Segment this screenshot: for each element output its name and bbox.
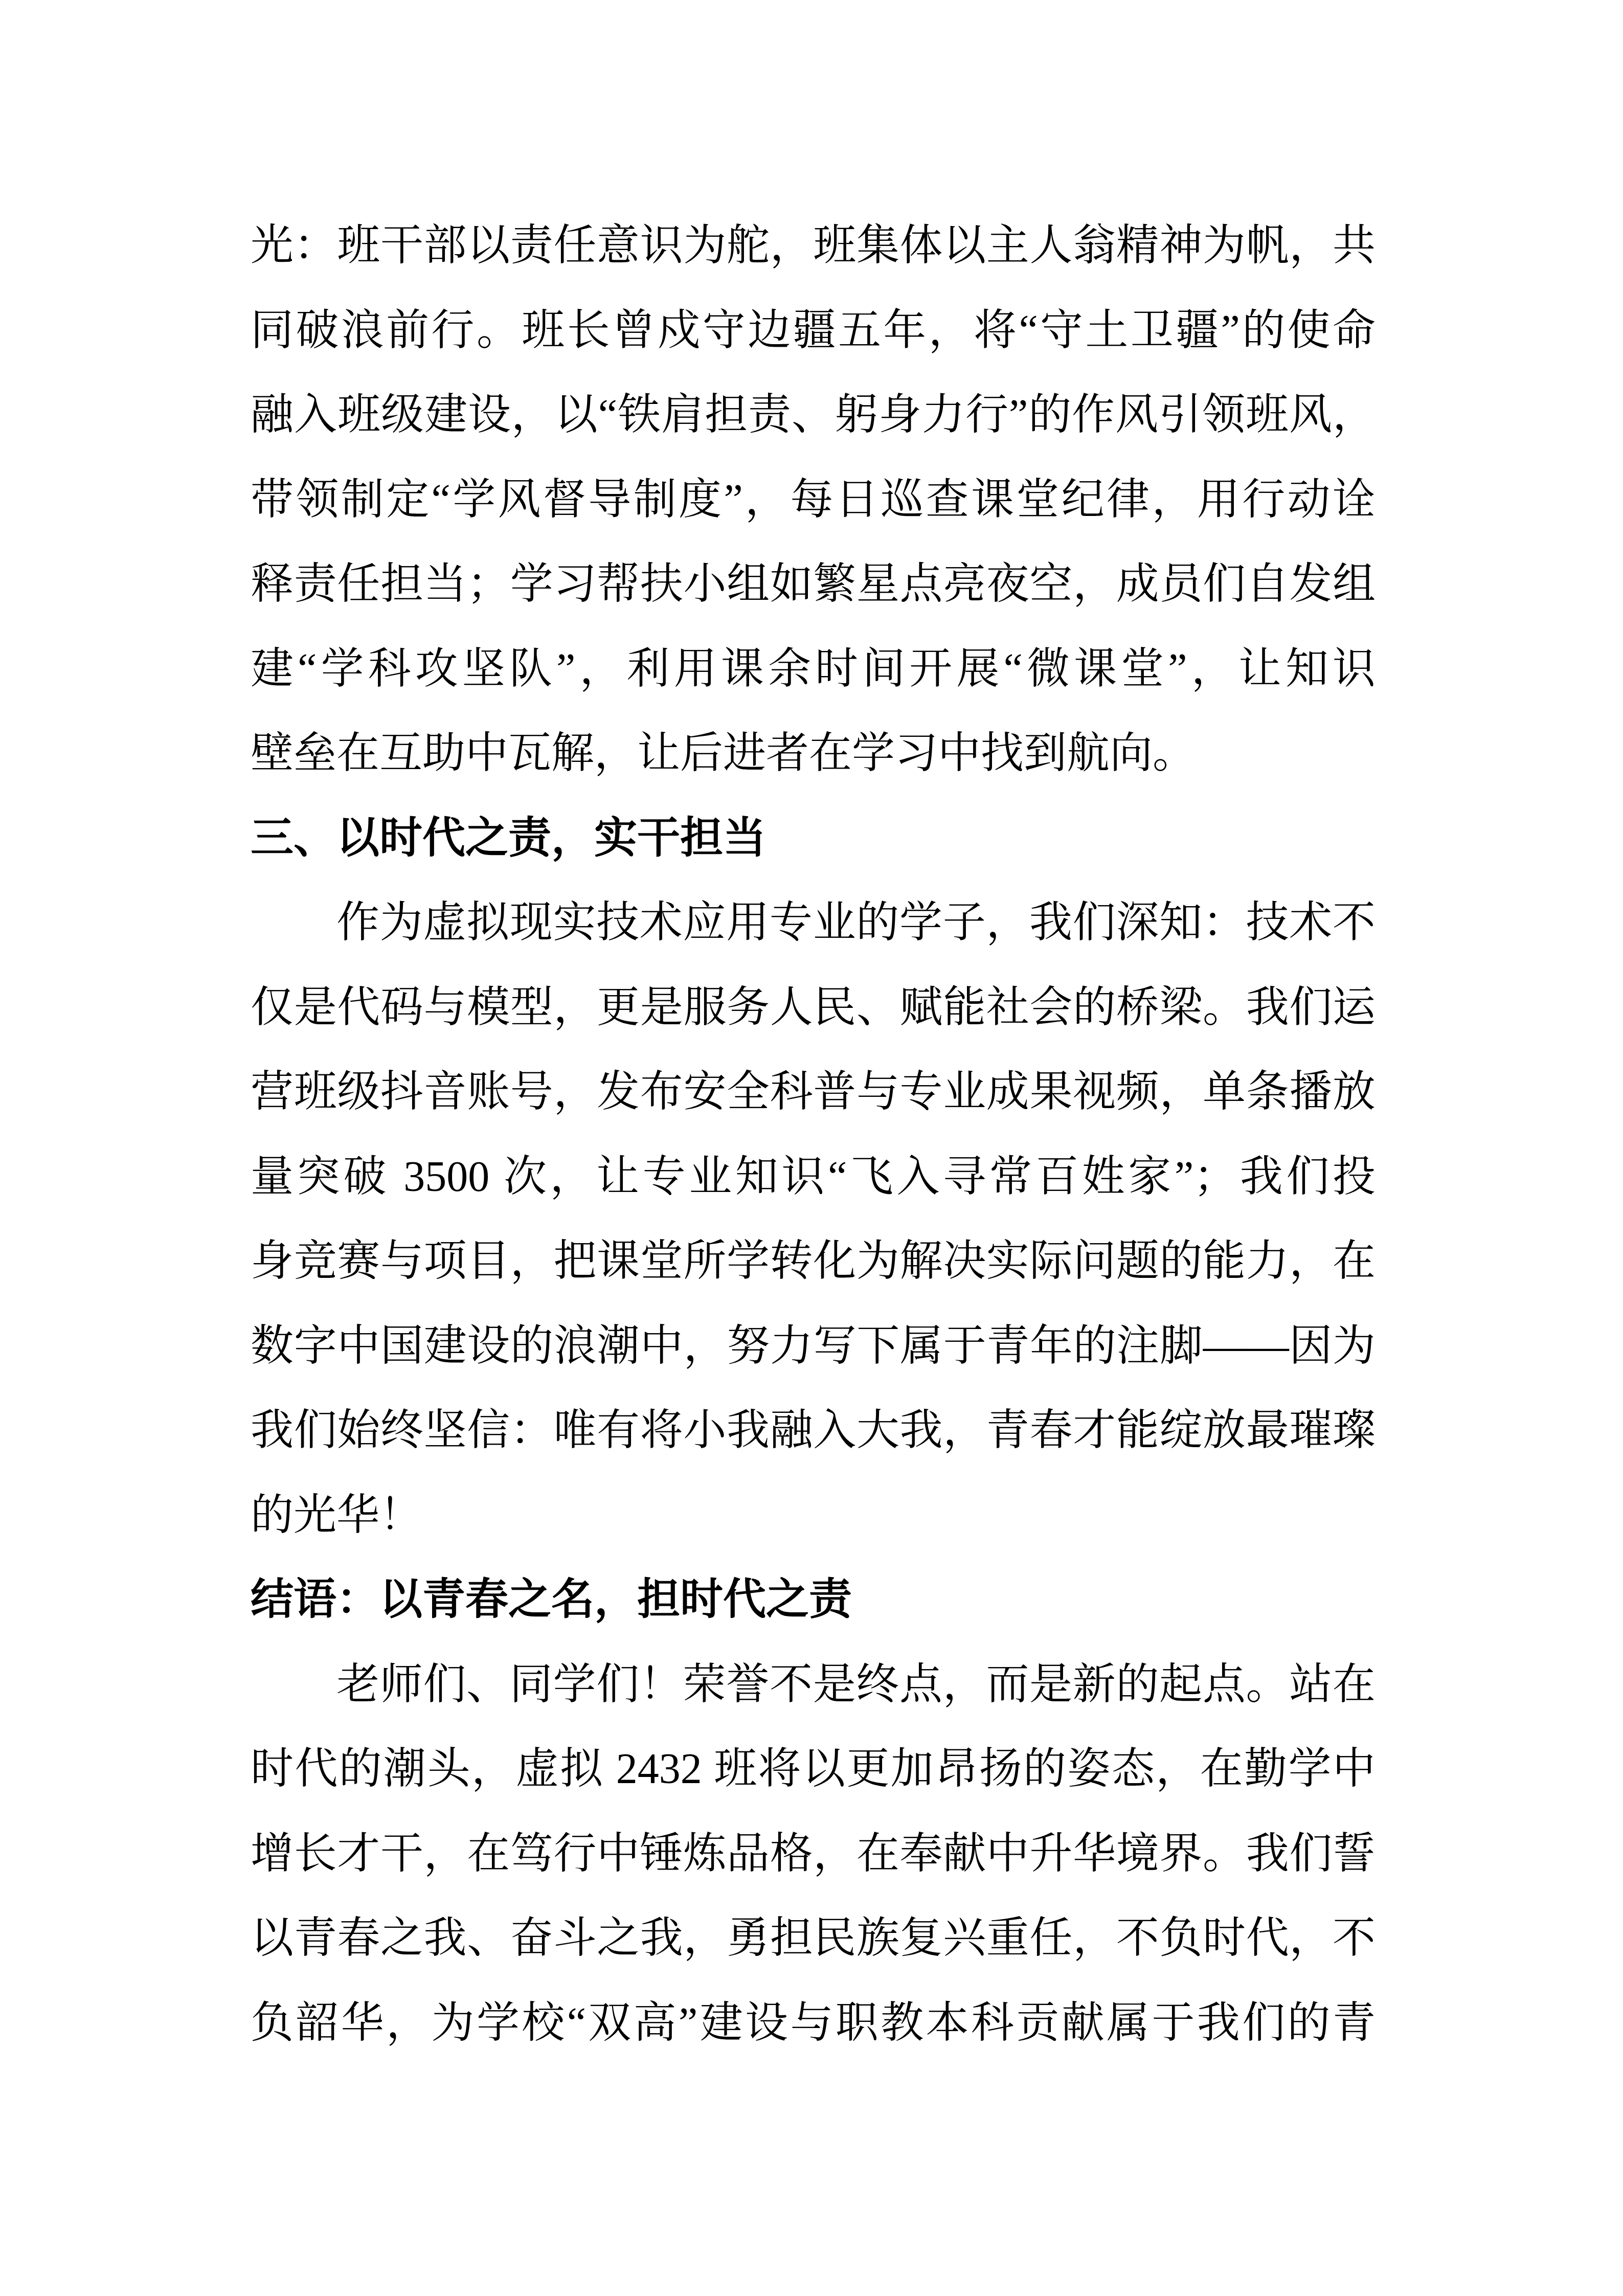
text-line: 融入班级建设，以“铁肩担责、躬身力行”的作风引领班风， [251,373,1376,458]
text-line: 的光华！ [251,1473,1376,1558]
text-line: 同破浪前行。班长曾戍守边疆五年，将“守土卫疆”的使命 [251,288,1376,373]
text-line: 壁垒在互助中瓦解，让后进者在学习中找到航向。 [251,711,1376,796]
text-line: 身竞赛与项目，把课堂所学转化为解决实际问题的能力，在 [251,1219,1376,1304]
text-line: 仅是代码与模型，更是服务人民、赋能社会的桥梁。我们运 [251,965,1376,1050]
text-line: 带领制定“学风督导制度”，每日巡查课堂纪律，用行动诠 [251,458,1376,543]
text-line: 时代的潮头，虚拟 2432 班将以更加昂扬的姿态，在勤学中 [251,1727,1376,1812]
section-heading: 三、以时代之责，实干担当 [251,796,1376,881]
text-line: 我们始终坚信：唯有将小我融入大我，青春才能绽放最璀璨 [251,1388,1376,1473]
text-line: 量突破 3500 次，让专业知识“飞入寻常百姓家”；我们投 [251,1135,1376,1220]
text-line: 数字中国建设的浪潮中，努力写下属于青年的注脚——因为 [251,1304,1376,1389]
text-line: 以青春之我、奋斗之我，勇担民族复兴重任，不负时代，不 [251,1896,1376,1981]
section-heading: 结语：以青春之名，担时代之责 [251,1558,1376,1642]
text-line: 老师们、同学们！荣誉不是终点，而是新的起点。站在 [251,1642,1376,1727]
text-line: 营班级抖音账号，发布安全科普与专业成果视频，单条播放 [251,1050,1376,1135]
text-line: 作为虚拟现实技术应用专业的学子，我们深知：技术不 [251,881,1376,965]
text-line: 释责任担当；学习帮扶小组如繁星点亮夜空，成员们自发组 [251,542,1376,627]
document-page: 光：班干部以责任意识为舵，班集体以主人翁精神为帆，共 同破浪前行。班长曾戍守边疆… [0,0,1623,2296]
document-content: 光：班干部以责任意识为舵，班集体以主人翁精神为帆，共 同破浪前行。班长曾戍守边疆… [251,204,1376,2065]
text-line: 负韶华，为学校“双高”建设与职教本科贡献属于我们的青 [251,1981,1376,2066]
text-line: 建“学科攻坚队”，利用课余时间开展“微课堂”，让知识 [251,627,1376,712]
text-line: 增长才干，在笃行中锤炼品格，在奉献中升华境界。我们誓 [251,1812,1376,1897]
text-line: 光：班干部以责任意识为舵，班集体以主人翁精神为帆，共 [251,204,1376,288]
